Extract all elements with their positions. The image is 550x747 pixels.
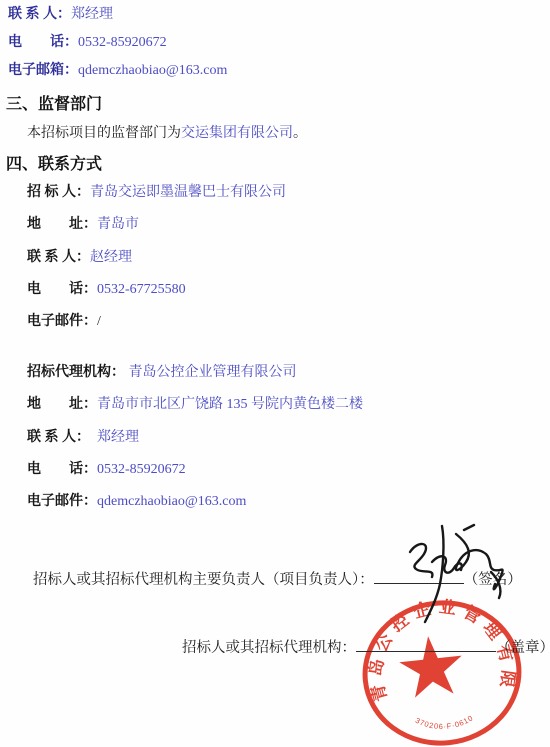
responsible-person-line: 招标人或其招标代理机构主要负责人（项目负责人）：（签名） bbox=[33, 568, 522, 589]
paragraph-prefix: 本招标项目的监督部门为 bbox=[27, 126, 181, 141]
address-value: 青岛市 bbox=[97, 217, 139, 232]
phone-label: 电 话： bbox=[27, 281, 97, 299]
agency-row: 联 系 人：郑经理 bbox=[27, 429, 139, 447]
supervisor-company: 交运集团有限公司 bbox=[181, 126, 293, 141]
stamp-here-hint: （盖章） bbox=[496, 640, 550, 656]
owner-row: 招 标 人：青岛交运即墨温馨巴士有限公司 bbox=[27, 184, 286, 202]
agency-row: 招标代理机构： 青岛公控企业管理有限公司 bbox=[27, 364, 297, 382]
contact-label: 联 系 人： bbox=[27, 429, 97, 447]
contact-value: 郑经理 bbox=[71, 7, 113, 22]
owner-row: 电子邮件：/ bbox=[27, 313, 101, 331]
address-label: 地 址： bbox=[27, 396, 97, 414]
svg-text:370206·F·0610: 370206·F·0610 bbox=[413, 710, 476, 734]
org-seal-label: 招标人或其招标代理机构： bbox=[182, 640, 356, 656]
email-value: qdemczhaobiao@163.com bbox=[78, 63, 227, 78]
phone-label: 电 话： bbox=[8, 34, 78, 52]
section4-heading: 四、联系方式 bbox=[6, 151, 102, 174]
contact-value: 郑经理 bbox=[97, 430, 139, 445]
seal-blank-line bbox=[356, 637, 496, 652]
paragraph-suffix: 。 bbox=[293, 126, 307, 141]
owner-row: 地 址：青岛市 bbox=[27, 216, 139, 234]
email-label: 电子邮件： bbox=[27, 313, 97, 331]
contact-label: 联 系 人： bbox=[8, 6, 71, 24]
contact-value: 赵经理 bbox=[90, 250, 132, 265]
company-seal: 青岛公控企业管理有限公司 370206·F·0610 bbox=[360, 598, 530, 747]
email-value: / bbox=[97, 314, 101, 329]
agency-row: 电子邮件：qdemczhaobiao@163.com bbox=[27, 493, 246, 511]
sign-here-hint: （签名） bbox=[464, 572, 522, 588]
agency-label: 招标代理机构： bbox=[27, 364, 125, 382]
seal-code: 370206·F·0610 bbox=[413, 710, 476, 734]
contact-row: 电 话：0532-85920672 bbox=[8, 34, 167, 52]
org-seal-line: 招标人或其招标代理机构：（盖章） bbox=[182, 636, 550, 657]
agency-row: 电 话：0532-85920672 bbox=[27, 461, 186, 479]
bidder-value: 青岛交运即墨温馨巴士有限公司 bbox=[90, 185, 286, 200]
address-value: 青岛市市北区广饶路 135 号院内黄色楼二楼 bbox=[97, 397, 363, 412]
owner-row: 联 系 人：赵经理 bbox=[27, 249, 132, 267]
phone-value: 0532-67725580 bbox=[97, 282, 186, 297]
email-label: 电子邮件： bbox=[27, 493, 97, 511]
address-label: 地 址： bbox=[27, 216, 97, 234]
bidder-label: 招 标 人： bbox=[27, 184, 90, 202]
tender-document-page: 联 系 人：郑经理 电 话：0532-85920672 电子邮箱：qdemczh… bbox=[0, 0, 550, 747]
contact-row: 电子邮箱：qdemczhaobiao@163.com bbox=[8, 62, 227, 80]
agency-row: 地 址：青岛市市北区广饶路 135 号院内黄色楼二楼 bbox=[27, 396, 363, 414]
email-label: 电子邮箱： bbox=[8, 62, 78, 80]
phone-value: 0532-85920672 bbox=[78, 35, 167, 50]
owner-row: 电 话：0532-67725580 bbox=[27, 281, 186, 299]
responsible-person-label: 招标人或其招标代理机构主要负责人（项目负责人）： bbox=[33, 572, 374, 588]
section3-heading: 三、监督部门 bbox=[6, 91, 102, 114]
phone-label: 电 话： bbox=[27, 461, 97, 479]
phone-value: 0532-85920672 bbox=[97, 462, 186, 477]
contact-label: 联 系 人： bbox=[27, 249, 90, 267]
section3-paragraph: 本招标项目的监督部门为交运集团有限公司。 bbox=[27, 122, 307, 142]
signature-blank-line bbox=[374, 569, 464, 584]
contact-row: 联 系 人：郑经理 bbox=[8, 6, 113, 24]
agency-value: 青岛公控企业管理有限公司 bbox=[129, 365, 297, 380]
email-value: qdemczhaobiao@163.com bbox=[97, 494, 246, 509]
